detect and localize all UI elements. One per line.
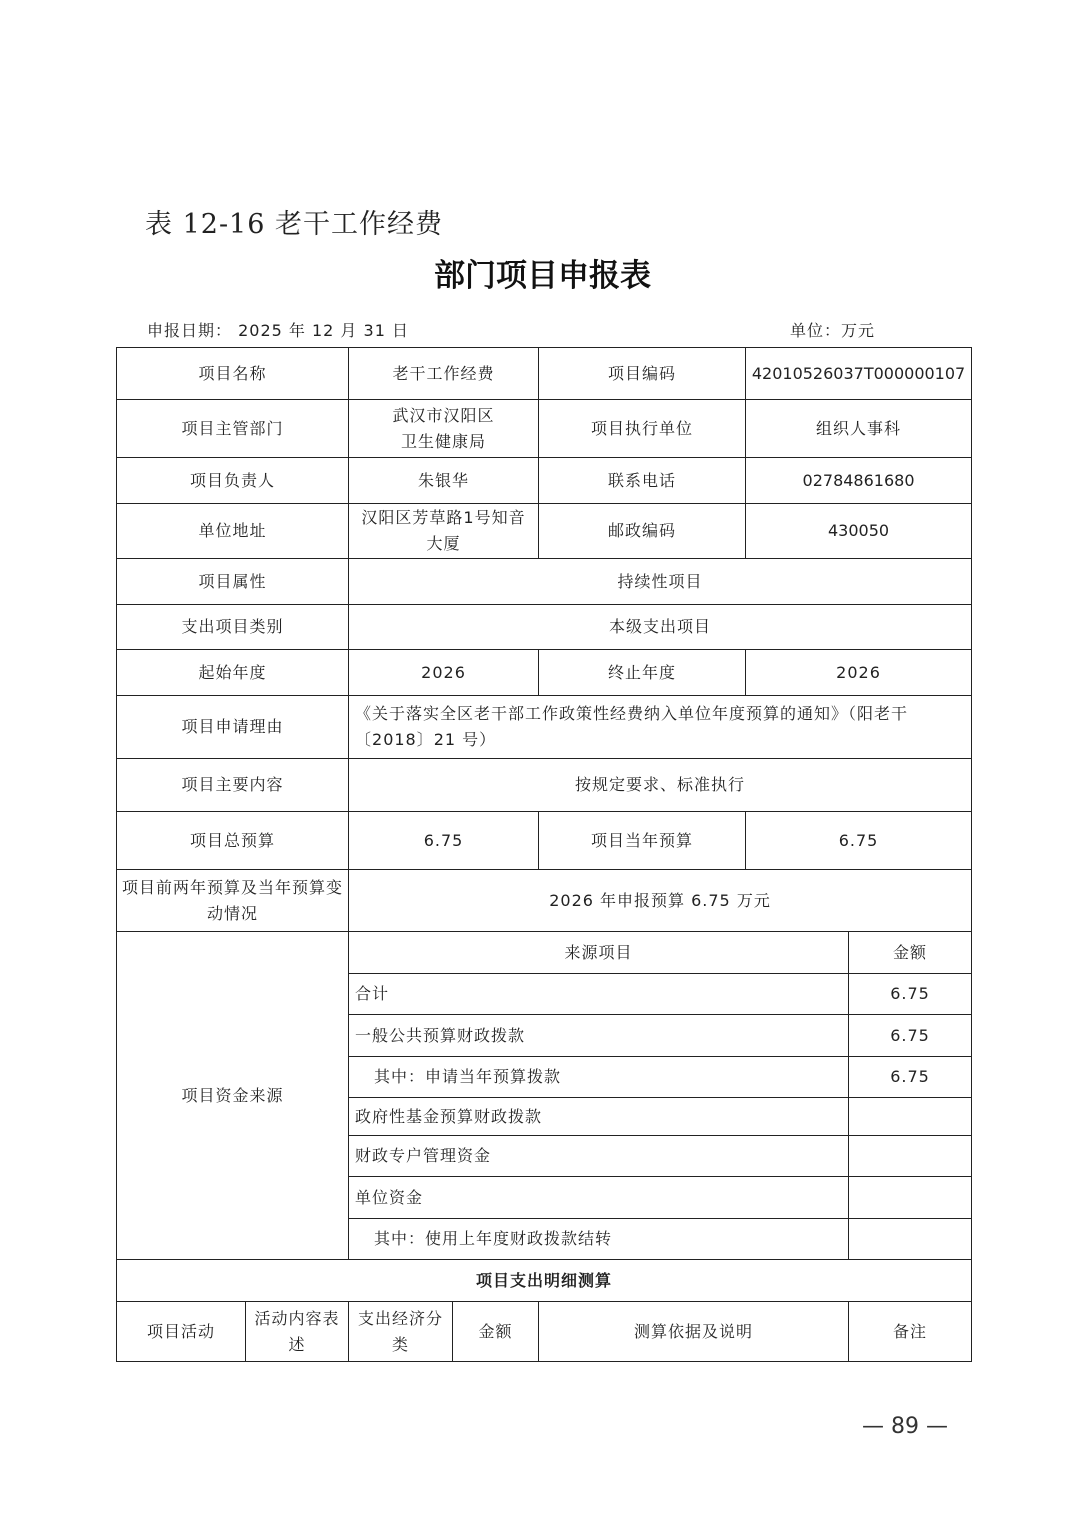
project-name-label: 项目名称 — [117, 348, 349, 400]
funding-row-name: 政府性基金预算财政拨款 — [349, 1098, 849, 1136]
budget-change-value: 2026 年申报预算 6.75 万元 — [349, 870, 972, 932]
reason-label: 项目申请理由 — [117, 696, 349, 759]
total-budget-value: 6.75 — [349, 812, 539, 870]
detail-section-row: 项目支出明细测算 — [117, 1260, 972, 1302]
year-budget-value: 6.75 — [746, 812, 972, 870]
page-number: — 89 — — [862, 1414, 948, 1439]
funding-row-amount — [849, 1177, 972, 1219]
table-row: 项目主要内容 按规定要求、标准执行 — [117, 759, 972, 812]
table-row: 项目负责人 朱银华 联系电话 02784861680 — [117, 458, 972, 504]
funding-row-name: 其中：申请当年预算拨款 — [349, 1057, 849, 1098]
address-label: 单位地址 — [117, 504, 349, 559]
report-date: 申报日期： 2025 年 12 月 31 日 — [147, 318, 409, 341]
dept-label: 项目主管部门 — [117, 400, 349, 458]
category-value: 本级支出项目 — [349, 605, 972, 650]
page-title: 部门项目申报表 — [0, 250, 1074, 295]
funding-header-source: 来源项目 — [349, 932, 849, 974]
dept-value: 武汉市汉阳区 卫生健康局 — [349, 400, 539, 458]
funding-row-name: 其中：使用上年度财政拨款结转 — [349, 1219, 849, 1260]
end-year-label: 终止年度 — [539, 650, 746, 696]
table-row: 单位地址 汉阳区芳草路1号知音 大厦 邮政编码 430050 — [117, 504, 972, 559]
owner-label: 项目负责人 — [117, 458, 349, 504]
table-row: 项目名称 老干工作经费 项目编码 42010526037T000000107 — [117, 348, 972, 400]
detail-header-basis: 测算依据及说明 — [539, 1302, 849, 1362]
end-year-value: 2026 — [746, 650, 972, 696]
funding-row-amount — [849, 1098, 972, 1136]
year-budget-label: 项目当年预算 — [539, 812, 746, 870]
reason-value: 《关于落实全区老干部工作政策性经费纳入单位年度预算的通知》（阳老干〔2018〕2… — [349, 696, 972, 759]
unit-label: 单位：万元 — [790, 318, 875, 341]
detail-section-title: 项目支出明细测算 — [117, 1260, 972, 1302]
dept-line1: 武汉市汉阳区 — [353, 403, 534, 429]
detail-header-row: 项目活动 活动内容表述 支出经济分类 金额 测算依据及说明 备注 — [117, 1302, 972, 1362]
exec-unit-value: 组织人事科 — [746, 400, 972, 458]
funding-header-amount: 金额 — [849, 932, 972, 974]
detail-header-remarks: 备注 — [849, 1302, 972, 1362]
start-year-label: 起始年度 — [117, 650, 349, 696]
total-budget-label: 项目总预算 — [117, 812, 349, 870]
content-value: 按规定要求、标准执行 — [349, 759, 972, 812]
budget-change-label: 项目前两年预算及当年预算变动情况 — [117, 870, 349, 932]
phone-value: 02784861680 — [746, 458, 972, 504]
funding-row-name: 财政专户管理资金 — [349, 1136, 849, 1177]
funding-row-name: 一般公共预算财政拨款 — [349, 1015, 849, 1057]
funding-row-amount: 6.75 — [849, 974, 972, 1015]
funding-row-amount: 6.75 — [849, 1015, 972, 1057]
address-line2: 大厦 — [353, 531, 534, 557]
category-label: 支出项目类别 — [117, 605, 349, 650]
postcode-value: 430050 — [746, 504, 972, 559]
start-year-value: 2026 — [349, 650, 539, 696]
detail-header-econ-class: 支出经济分类 — [349, 1302, 453, 1362]
table-row: 项目属性 持续性项目 — [117, 559, 972, 605]
funding-source-label: 项目资金来源 — [117, 932, 349, 1260]
detail-header-activity: 项目活动 — [117, 1302, 246, 1362]
attribute-label: 项目属性 — [117, 559, 349, 605]
table-caption: 表 12-16 老干工作经费 — [145, 202, 443, 241]
funding-row-amount: 6.75 — [849, 1057, 972, 1098]
exec-unit-label: 项目执行单位 — [539, 400, 746, 458]
table-row: 项目总预算 6.75 项目当年预算 6.75 — [117, 812, 972, 870]
project-name-value: 老干工作经费 — [349, 348, 539, 400]
funding-row-name: 合计 — [349, 974, 849, 1015]
detail-header-amount: 金额 — [453, 1302, 539, 1362]
funding-row-amount — [849, 1136, 972, 1177]
funding-header-row: 项目资金来源 来源项目 金额 — [117, 932, 972, 974]
table-row: 起始年度 2026 终止年度 2026 — [117, 650, 972, 696]
project-code-value: 42010526037T000000107 — [746, 348, 972, 400]
table-row: 项目主管部门 武汉市汉阳区 卫生健康局 项目执行单位 组织人事科 — [117, 400, 972, 458]
table-row: 项目前两年预算及当年预算变动情况 2026 年申报预算 6.75 万元 — [117, 870, 972, 932]
owner-value: 朱银华 — [349, 458, 539, 504]
funding-row-amount — [849, 1219, 972, 1260]
project-application-table: 项目名称 老干工作经费 项目编码 42010526037T000000107 项… — [116, 347, 972, 1362]
phone-label: 联系电话 — [539, 458, 746, 504]
address-value: 汉阳区芳草路1号知音 大厦 — [349, 504, 539, 559]
project-code-label: 项目编码 — [539, 348, 746, 400]
detail-header-description: 活动内容表述 — [246, 1302, 349, 1362]
dept-line2: 卫生健康局 — [353, 429, 534, 455]
address-line1: 汉阳区芳草路1号知音 — [353, 505, 534, 531]
attribute-value: 持续性项目 — [349, 559, 972, 605]
table-row: 项目申请理由 《关于落实全区老干部工作政策性经费纳入单位年度预算的通知》（阳老干… — [117, 696, 972, 759]
content-label: 项目主要内容 — [117, 759, 349, 812]
postcode-label: 邮政编码 — [539, 504, 746, 559]
table-row: 支出项目类别 本级支出项目 — [117, 605, 972, 650]
funding-row-name: 单位资金 — [349, 1177, 849, 1219]
